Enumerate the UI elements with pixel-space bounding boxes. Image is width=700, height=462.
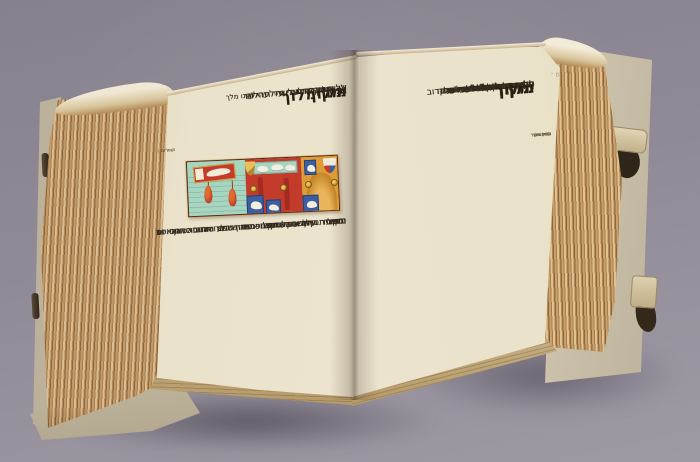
hound-icon: [271, 164, 284, 172]
hounds-frieze: [253, 160, 297, 174]
lion-panel: [302, 195, 319, 213]
text-line: אומרים: [161, 148, 175, 154]
dragon-icon: [206, 166, 231, 178]
lion-panel: [246, 195, 264, 215]
hound-icon: [257, 166, 268, 172]
faded-marginal-scribble-left: ׳־ ־־ ־: [162, 82, 176, 90]
banner-letter-square: [195, 168, 204, 180]
hound-icon: [285, 165, 295, 171]
text-line: ע: [548, 132, 551, 138]
lion-panel: [266, 199, 282, 214]
lion-icon: [307, 165, 315, 172]
text-word: אלהינו מלך: [226, 91, 261, 102]
illuminated-panel: [186, 155, 340, 218]
manuscript-photo: ׳־ ־־ ־ ל׳ ־ם ־ מלךעליון תקפו לעדימלוךתפ…: [0, 0, 700, 462]
faded-marginal-scribble-right: ל׳ ־ם ־: [551, 69, 571, 79]
display-word: ימלוך: [495, 79, 536, 99]
lion-icon: [251, 201, 262, 209]
clasp-strap-bottom: [630, 275, 658, 309]
lion-panel: [304, 160, 317, 176]
right-page-text: כל מאורי אורכביר ונאור לעדי עד׳ימלוךמלךע…: [355, 79, 554, 340]
clasp-catch-bottom: [31, 293, 39, 319]
lion-icon: [306, 200, 317, 209]
lion-icon: [269, 204, 279, 211]
